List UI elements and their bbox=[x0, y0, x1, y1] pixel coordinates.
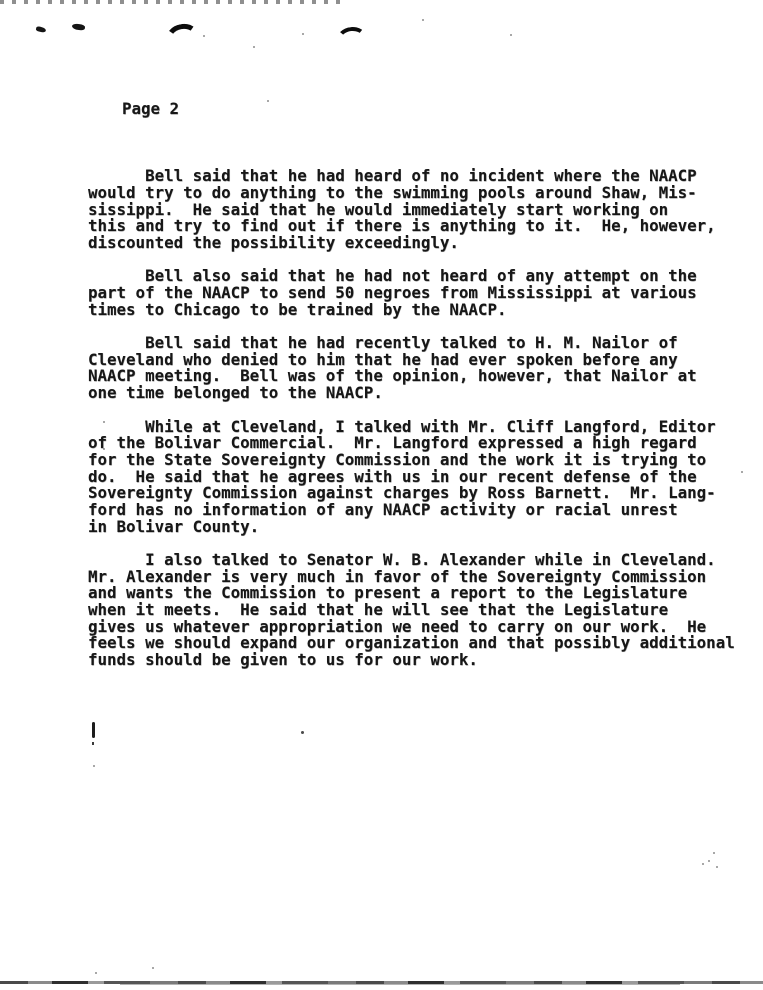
scan-speck bbox=[716, 866, 718, 868]
exclamation-smudge bbox=[92, 722, 95, 738]
paragraph: Bell said that he had recently talked to… bbox=[88, 335, 752, 402]
text-line: funds should be given to us for our work… bbox=[88, 652, 752, 669]
page-number-label: Page 2 bbox=[122, 101, 752, 118]
scan-speck bbox=[93, 765, 95, 767]
bottom-page-edge-shadow bbox=[120, 984, 680, 985]
text-line: times to Chicago to be trained by the NA… bbox=[88, 302, 752, 319]
text-line: discounted the possibility exceedingly. bbox=[88, 235, 752, 252]
punch-arc-right bbox=[336, 25, 368, 52]
typewritten-text-block: Page 2 Bell said that he had heard of no… bbox=[88, 68, 752, 719]
staple-mark-right bbox=[72, 23, 86, 30]
scan-speck bbox=[203, 35, 205, 37]
scan-speck bbox=[708, 860, 710, 862]
punch-arc-left bbox=[164, 21, 203, 55]
exclamation-smudge-dot bbox=[92, 742, 94, 745]
paragraph: Bell said that he had heard of no incide… bbox=[88, 168, 752, 251]
scan-speck bbox=[95, 972, 97, 974]
staple-mark-left bbox=[36, 26, 47, 33]
top-perforation-dots bbox=[0, 0, 348, 4]
text-line: one time belonged to the NAACP. bbox=[88, 385, 752, 402]
paragraph: Bell also said that he had not heard of … bbox=[88, 268, 752, 318]
scanned-document-page: Page 2 Bell said that he had heard of no… bbox=[0, 0, 763, 990]
scan-speck bbox=[253, 46, 255, 48]
scan-speck bbox=[702, 863, 704, 865]
scan-speck bbox=[510, 34, 512, 36]
scan-speck bbox=[422, 19, 424, 21]
paragraph: I also talked to Senator W. B. Alexander… bbox=[88, 552, 752, 669]
scan-speck bbox=[152, 967, 154, 969]
scan-speck bbox=[302, 33, 304, 35]
document-body: Bell said that he had heard of no incide… bbox=[88, 168, 752, 669]
paragraph: While at Cleveland, I talked with Mr. Cl… bbox=[88, 419, 752, 536]
text-line: in Bolivar County. bbox=[88, 519, 752, 536]
scan-speck bbox=[301, 731, 304, 734]
scan-speck bbox=[713, 852, 715, 854]
